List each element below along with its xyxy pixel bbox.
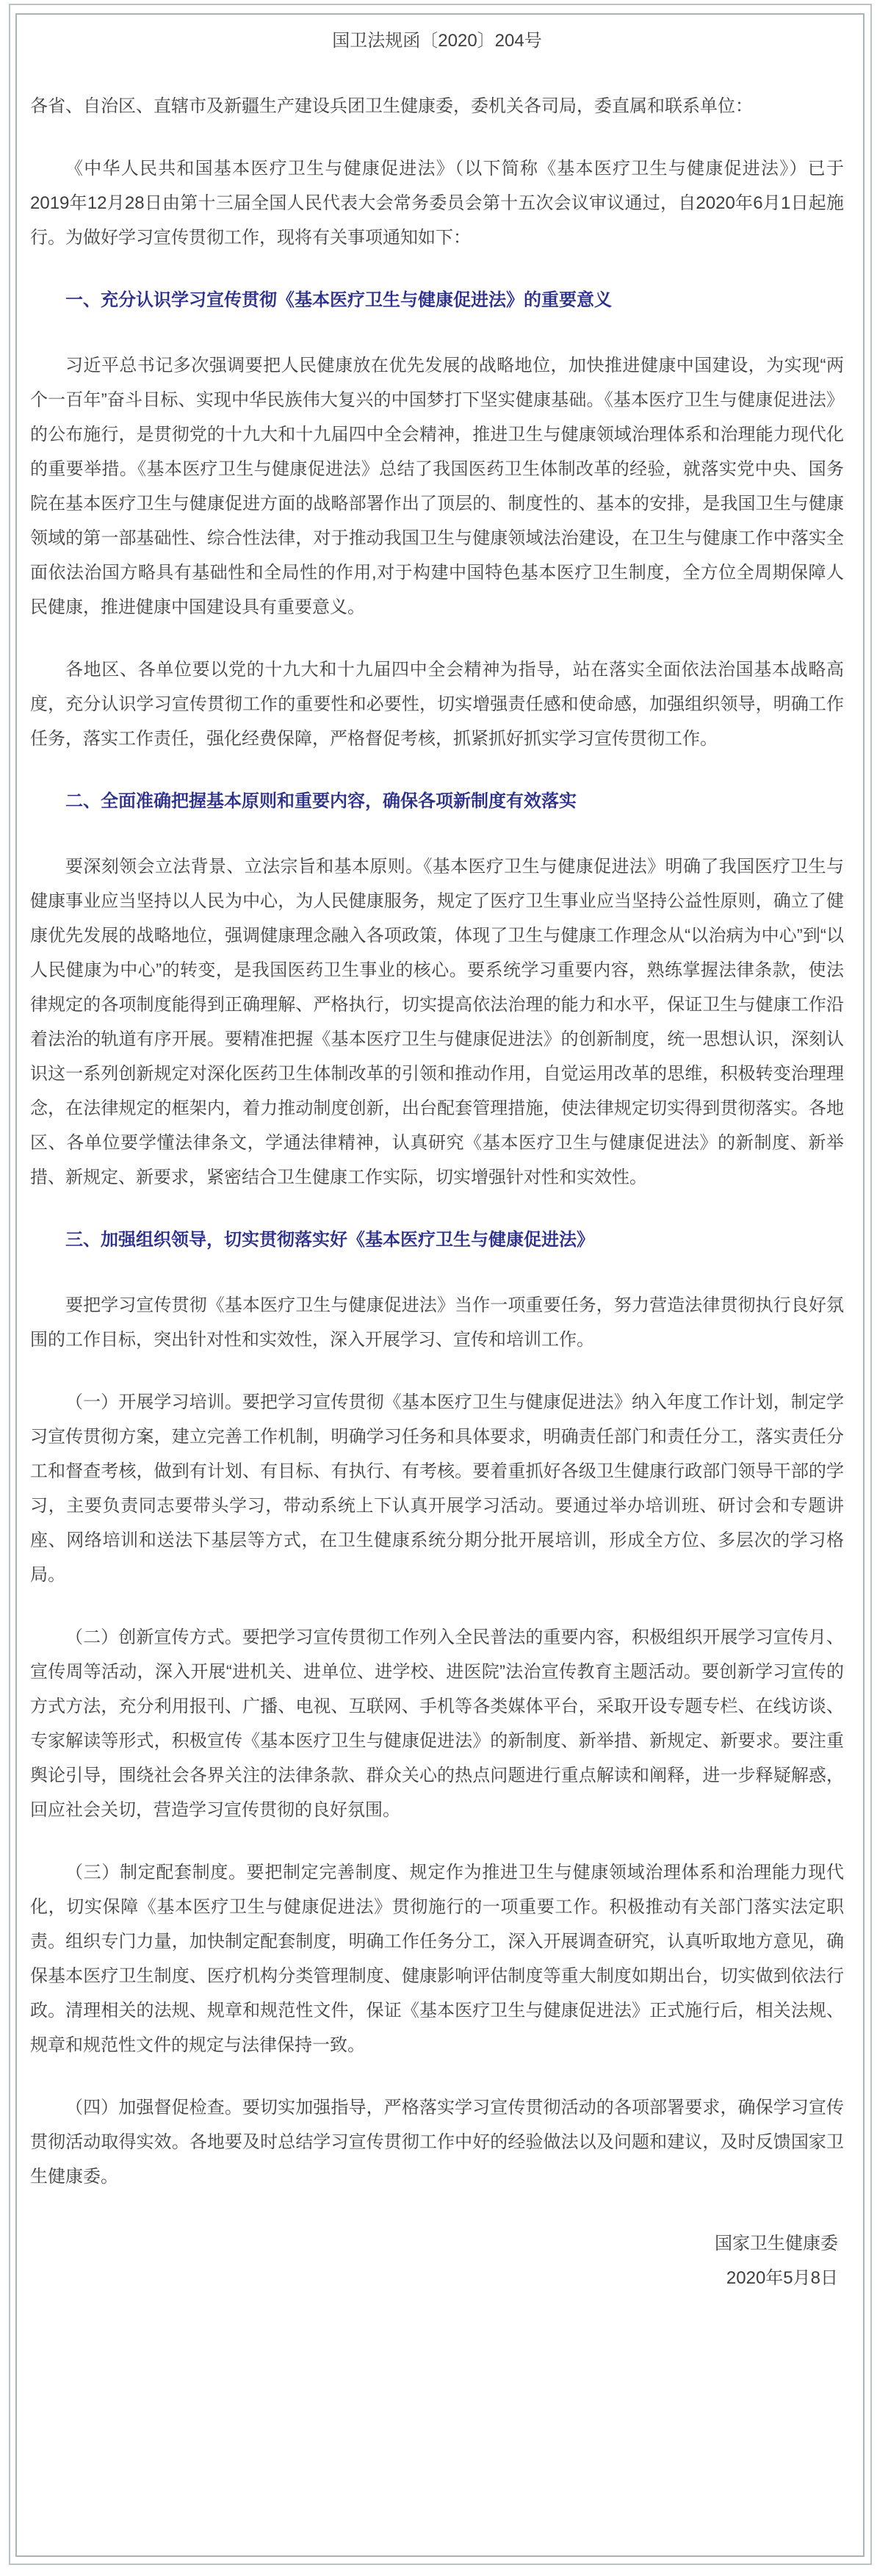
- section-3-paragraph-2: （一）开展学习培训。要把学习宣传贯彻《基本医疗卫生与健康促进法》纳入年度工作计划…: [30, 1385, 844, 1592]
- intro-paragraph: 《中华人民共和国基本医疗卫生与健康促进法》（以下简称《基本医疗卫生与健康促进法》…: [30, 151, 844, 255]
- signature-date: 2020年5月8日: [30, 2261, 838, 2295]
- section-1-paragraph-2: 各地区、各单位要以党的十九大和十九届四中全会精神为指导，站在落实全面依法治国基本…: [30, 652, 844, 756]
- section-1-heading: 一、充分认识学习宣传贯彻《基本医疗卫生与健康促进法》的重要意义: [30, 283, 844, 317]
- outer-border: 国卫法规函〔2020〕204号 各省、自治区、直辖市及新疆生产建设兵团卫生健康委…: [9, 4, 872, 2565]
- section-3-heading: 三、加强组织领导，切实贯彻落实好《基本医疗卫生与健康促进法》: [30, 1223, 844, 1257]
- section-2-paragraph-1: 要深刻领会立法背景、立法宗旨和基本原则。《基本医疗卫生与健康促进法》明确了我国医…: [30, 849, 844, 1195]
- salutation: 各省、自治区、直辖市及新疆生产建设兵团卫生健康委，委机关各司局，委直属和联系单位…: [30, 89, 844, 123]
- signature-block: 国家卫生健康委 2020年5月8日: [30, 2226, 844, 2295]
- section-3-paragraph-1: 要把学习宣传贯彻《基本医疗卫生与健康促进法》当作一项重要任务，努力营造法律贯彻执…: [30, 1288, 844, 1357]
- section-2-heading: 二、全面准确把握基本原则和重要内容，确保各项新制度有效落实: [30, 784, 844, 819]
- section-3-paragraph-4: （三）制定配套制度。要把制定完善制度、规定作为推进卫生与健康领域治理体系和治理能…: [30, 1855, 844, 2062]
- signature-name: 国家卫生健康委: [30, 2226, 838, 2261]
- doc-number: 国卫法规函〔2020〕204号: [30, 24, 844, 58]
- inner-border: 国卫法规函〔2020〕204号 各省、自治区、直辖市及新疆生产建设兵团卫生健康委…: [15, 13, 865, 2557]
- document-page: 国卫法规函〔2020〕204号 各省、自治区、直辖市及新疆生产建设兵团卫生健康委…: [0, 0, 877, 2576]
- section-1-paragraph-1: 习近平总书记多次强调要把人民健康放在优先发展的战略地位，加快推进健康中国建设，为…: [30, 348, 844, 625]
- section-3-paragraph-5: （四）加强督促检查。要切实加强指导，严格落实学习宣传贯彻活动的各项部署要求，确保…: [30, 2090, 844, 2194]
- section-3-paragraph-3: （二）创新宣传方式。要把学习宣传贯彻工作列入全民普法的重要内容，积极组织开展学习…: [30, 1620, 844, 1827]
